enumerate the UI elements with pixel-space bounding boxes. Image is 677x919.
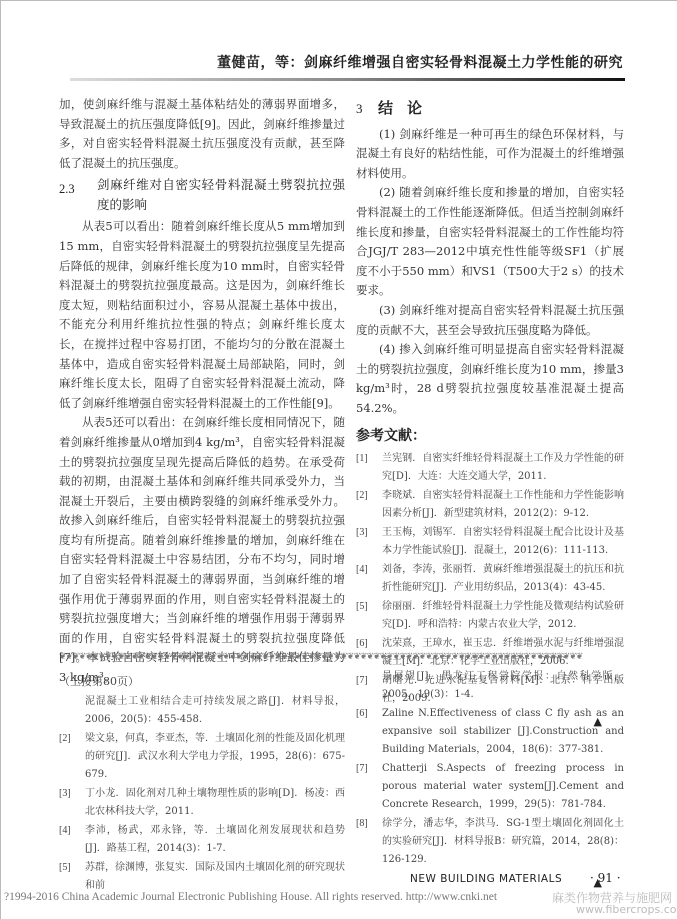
section-heading-2-3: 2.3 剑麻纤维对自密实轻骨料混凝土劈裂抗拉强度的影响	[59, 175, 345, 215]
continuation-left-column: （上接第80页） 泥混凝土工业相结合走可持续发展之路[J]．材料导报，2006，…	[59, 672, 345, 896]
conclusion-item-3: (3) 剑麻纤维对提高自密实轻骨料混凝土抗压强度的贡献不大，甚至会导致抗压强度略…	[356, 301, 624, 340]
left-column: 加，使剑麻纤维与混凝土基体粘结处的薄弱界面增多，导致混凝土的抗压强度降低[9]。…	[59, 95, 345, 688]
reference-number: [1]	[356, 450, 382, 486]
running-title: 董健苗，等：剑麻纤维增强自密实轻骨料混凝土力学性能的研究	[217, 52, 623, 72]
continuation-label: （上接第80页）	[59, 672, 345, 691]
continuation-right-column: 景展望[J]．黑龙江工程学院学报：自然科学版，2005，19(3)：1-4. […	[356, 668, 624, 892]
watermark-url: www.fibercrops.com	[576, 903, 677, 916]
reference-number: [5]	[356, 598, 382, 634]
reference-item: [2]李晓斌．自密实轻骨料混凝土工作性能和力学性能影响因素分析[J]．新型建筑材…	[356, 487, 624, 523]
reference-number: [4]	[59, 822, 85, 858]
reference-item: [5]徐丽丽．纤维轻骨料混凝土力学性能及微观结构试验研究[D]．呼和浩特：内蒙古…	[356, 598, 624, 634]
reference-item: [4]刘备，李涛，张丽哲．黄麻纤维增强混凝土的抗压和抗折性能研究[J]．产业用纺…	[356, 561, 624, 597]
references-heading: 参考文献：	[356, 427, 624, 447]
reference-text: 王玉梅，刘锡军．自密实轻骨料混凝土配合比设计及基本力学性能试验[J]．混凝土，2…	[382, 524, 624, 560]
conclusion-item-4: (4) 掺入剑麻纤维可明显提高自密实轻骨料混凝土的劈裂抗拉强度，剑麻纤维长度为1…	[356, 340, 624, 418]
ornamental-divider: ❦❦❦❦❦❦❦❦❦❦❦❦❦❦❦❦❦❦❦❦❦❦❦❦❦❦❦❦❦❦❦❦❦❦❦❦❦❦❦❦…	[59, 651, 627, 663]
journal-name: NEW BUILDING MATERIALS	[410, 873, 562, 885]
reference-item: [7]Chatterji S.Aspects of freezing proce…	[356, 760, 624, 814]
reference-text: 徐学分，潘志华，李洪马．SG-1型土壤固化剂固化土的实验研究[J]．材料导报B：…	[382, 815, 624, 869]
reference-item: [5]苏群，徐渊博，张复实．国际及国内土壤固化剂的研究现状和前	[59, 859, 345, 895]
reference-item: 泥混凝土工业相结合走可持续发展之路[J]．材料导报，2006，20(5)：455…	[59, 693, 345, 729]
reference-text: 兰宪钢．自密实纤维轻骨料混凝土工作及力学性能的研究[D]．大连：大连交通大学，2…	[382, 450, 624, 486]
reference-item: [4]李沛，杨武，邓永锋，等．土壤固化剂发展现状和趋势[J]．路基工程，2014…	[59, 822, 345, 858]
reference-number	[356, 668, 382, 704]
body-paragraph-1: 从表5可以看出：随着剑麻纤维长度从5 mm增加到15 mm，自密实轻骨料混凝土的…	[59, 217, 345, 413]
reference-text: 李晓斌．自密实轻骨料混凝土工作性能和力学性能影响因素分析[J]．新型建筑材料，2…	[382, 487, 624, 523]
reference-text: 景展望[J]．黑龙江工程学院学报：自然科学版，2005，19(3)：1-4.	[382, 668, 624, 704]
body-paragraph-2: 从表5还可以看出：在剑麻纤维长度相同情况下，随着剑麻纤维掺量从0增加到4 kg/…	[59, 413, 345, 687]
reference-item: [2]梁文泉，何真，李亚杰，等．土壤固化剂的性能及固化机理的研究[J]．武汉水利…	[59, 730, 345, 784]
reference-text: Zaline N.Effectiveness of class C fly as…	[382, 705, 624, 759]
reference-item: 景展望[J]．黑龙江工程学院学报：自然科学版，2005，19(3)：1-4.	[356, 668, 624, 704]
reference-text: 梁文泉，何真，李亚杰，等．土壤固化剂的性能及固化机理的研究[J]．武汉水利大学电…	[85, 730, 345, 784]
reference-item: [1]兰宪钢．自密实纤维轻骨料混凝土工作及力学性能的研究[D]．大连：大连交通大…	[356, 450, 624, 486]
reference-text: 泥混凝土工业相结合走可持续发展之路[J]．材料导报，2006，20(5)：455…	[85, 693, 345, 729]
reference-number	[59, 693, 85, 729]
copyright-notice: ?1994-2016 China Academic Journal Electr…	[4, 891, 497, 903]
reference-text: Chatterji S.Aspects of freezing process …	[382, 760, 624, 814]
reference-item: [6]Zaline N.Effectiveness of class C fly…	[356, 705, 624, 759]
section-number: 3	[356, 99, 378, 119]
reference-text: 丁小龙．固化剂对几种土壤物理性质的影响[D]．杨凌：西北农林科技大学，2011.	[85, 785, 345, 821]
page-number: · 91 ·	[590, 871, 621, 885]
reference-number: [3]	[59, 785, 85, 821]
header-rule	[70, 78, 625, 81]
right-column: 3 结论 (1) 剑麻纤维是一种可再生的绿色环保材料，与混凝土有良好的粘结性能，…	[356, 95, 624, 732]
reference-number: [2]	[356, 487, 382, 523]
section-heading-3: 3 结论	[356, 99, 624, 119]
reference-number: [7]	[356, 760, 382, 814]
reference-text: 徐丽丽．纤维轻骨料混凝土力学性能及微观结构试验研究[D]．呼和浩特：内蒙古农业大…	[382, 598, 624, 634]
reference-number: [5]	[59, 859, 85, 895]
reference-number: [2]	[59, 730, 85, 784]
reference-number: [6]	[356, 705, 382, 759]
section-title: 剑麻纤维对自密实轻骨料混凝土劈裂抗拉强度的影响	[97, 175, 345, 215]
reference-text: 刘备，李涛，张丽哲．黄麻纤维增强混凝土的抗压和抗折性能研究[J]．产业用纺织品，…	[382, 561, 624, 597]
reference-text: 李沛，杨武，邓永锋，等．土壤固化剂发展现状和趋势[J]．路基工程，2014(3)…	[85, 822, 345, 858]
reference-item: [3]丁小龙．固化剂对几种土壤物理性质的影响[D]．杨凌：西北农林科技大学，20…	[59, 785, 345, 821]
reference-number: [4]	[356, 561, 382, 597]
intro-paragraph: 加，使剑麻纤维与混凝土基体粘结处的薄弱界面增多，导致混凝土的抗压强度降低[9]。…	[59, 95, 345, 173]
reference-item: [8]徐学分，潘志华，李洪马．SG-1型土壤固化剂固化土的实验研究[J]．材料导…	[356, 815, 624, 869]
conclusion-item-1: (1) 剑麻纤维是一种可再生的绿色环保材料，与混凝土有良好的粘结性能，可作为混凝…	[356, 125, 624, 184]
section-number: 2.3	[59, 175, 97, 215]
reference-number: [8]	[356, 815, 382, 869]
reference-number: [3]	[356, 524, 382, 560]
section-title: 结论	[378, 99, 436, 119]
reference-item: [3]王玉梅，刘锡军．自密实轻骨料混凝土配合比设计及基本力学性能试验[J]．混凝…	[356, 524, 624, 560]
conclusion-item-2: (2) 随着剑麻纤维长度和掺量的增加，自密实轻骨料混凝土的工作性能逐渐降低。但适…	[356, 183, 624, 301]
reference-text: 苏群，徐渊博，张复实．国际及国内土壤固化剂的研究现状和前	[85, 859, 345, 895]
